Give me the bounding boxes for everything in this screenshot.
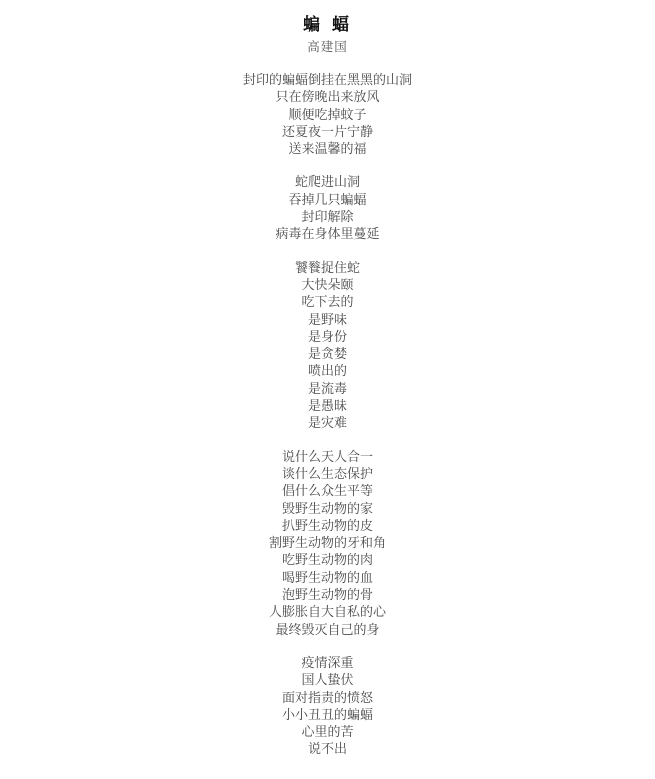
poem-title: 蝙 蝠 [0,14,655,36]
poem-author: 高建国 [0,38,655,56]
poem-line: 说不出 [0,741,655,758]
poem-page: 蝙 蝠 高建国 封印的蝙蝠倒挂在黑黑的山洞 只在傍晚出来放风 顺便吃掉蚊子 还夏… [0,0,655,759]
poem-line: 扒野生动物的皮 [0,518,655,535]
poem-line: 小小丑丑的蝙蝠 [0,707,655,724]
poem-line: 封印的蝙蝠倒挂在黑黑的山洞 [0,72,655,89]
poem-line: 割野生动物的牙和角 [0,535,655,552]
poem-line: 心里的苦 [0,724,655,741]
poem-line: 饕餮捉住蛇 [0,260,655,277]
poem-line: 面对指责的愤怒 [0,690,655,707]
stanza-4: 说什么天人合一 谈什么生态保护 倡什么众生平等 毁野生动物的家 扒野生动物的皮 … [0,449,655,639]
stanza-5: 疫情深重 国人蛰伏 面对指责的愤怒 小小丑丑的蝙蝠 心里的苦 说不出 [0,655,655,759]
poem-line: 人膨胀自大自私的心 [0,604,655,621]
poem-line: 封印解除 [0,209,655,226]
poem-line: 毁野生动物的家 [0,501,655,518]
poem-line: 吃下去的 [0,294,655,311]
poem-line: 是流毒 [0,381,655,398]
poem-line: 顺便吃掉蚊子 [0,107,655,124]
poem-line: 大快朵颐 [0,277,655,294]
poem-line: 最终毁灭自己的身 [0,622,655,639]
poem-line: 谈什么生态保护 [0,466,655,483]
stanza-2: 蛇爬进山洞 吞掉几只蝙蝠 封印解除 病毒在身体里蔓延 [0,174,655,243]
poem-line: 吃野生动物的肉 [0,552,655,569]
poem-line: 送来温馨的福 [0,141,655,158]
poem-line: 是愚昧 [0,398,655,415]
poem-line: 疫情深重 [0,655,655,672]
stanza-3: 饕餮捉住蛇 大快朵颐 吃下去的 是野味 是身份 是贪婪 喷出的 是流毒 是愚昧 … [0,260,655,433]
stanza-1: 封印的蝙蝠倒挂在黑黑的山洞 只在傍晚出来放风 顺便吃掉蚊子 还夏夜一片宁静 送来… [0,72,655,158]
poem-line: 病毒在身体里蔓延 [0,226,655,243]
poem-line: 倡什么众生平等 [0,483,655,500]
poem-line: 只在傍晚出来放风 [0,89,655,106]
poem-line: 说什么天人合一 [0,449,655,466]
poem-line: 是身份 [0,329,655,346]
poem-line: 泡野生动物的骨 [0,587,655,604]
poem-line: 喷出的 [0,363,655,380]
poem-line: 还夏夜一片宁静 [0,124,655,141]
poem-line: 喝野生动物的血 [0,570,655,587]
poem-line: 吞掉几只蝙蝠 [0,192,655,209]
poem-line: 是贪婪 [0,346,655,363]
poem-line: 国人蛰伏 [0,672,655,689]
poem-line: 蛇爬进山洞 [0,174,655,191]
poem-line: 是野味 [0,312,655,329]
poem-line: 是灾难 [0,415,655,432]
